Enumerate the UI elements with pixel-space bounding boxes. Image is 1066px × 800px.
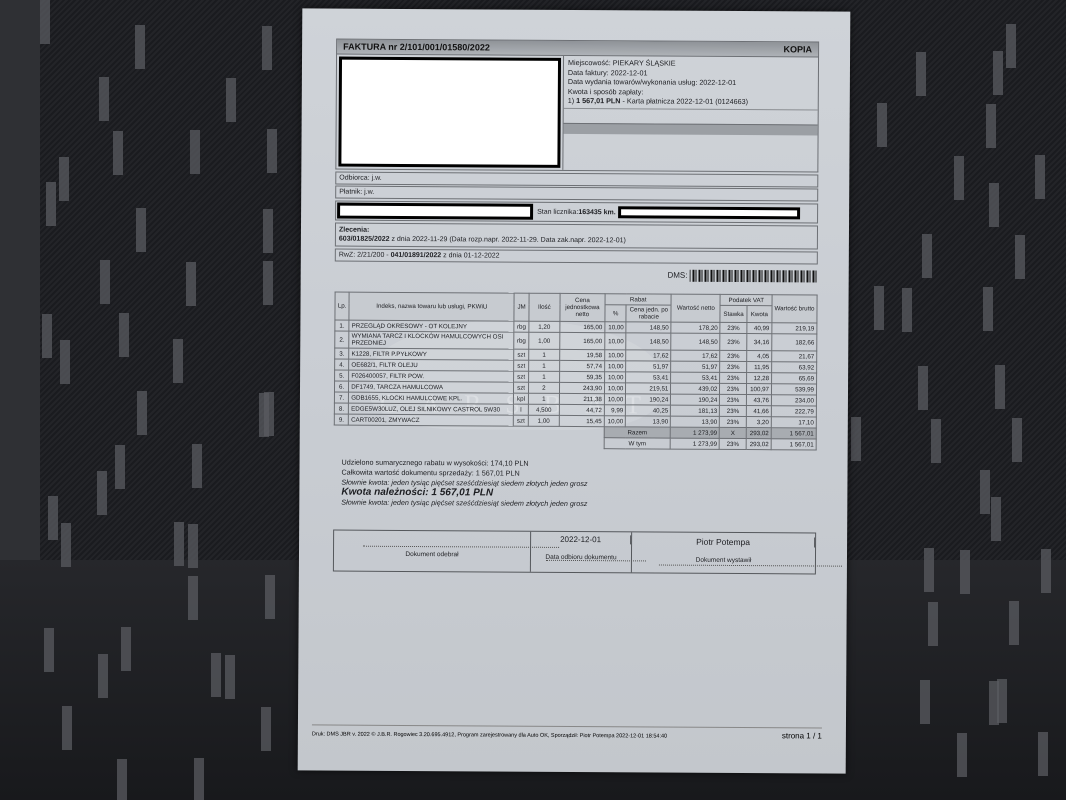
payment-line: 1) 1 567,01 PLN - Karta płatnicza 2022-1… [568,96,814,107]
odometer-label: Stan licznika: [537,208,578,215]
dms-code: DMS: [335,268,818,283]
received-by-cell: Dokument odebrał [334,531,531,572]
barcode-icon [690,270,818,283]
rwz-line: RwZ: 2/21/200 - 041/01891/2022 z dnia 01… [335,249,818,265]
signature-block: Dokument odebrał 2022-12-01 Data odbioru… [333,530,816,575]
issued-by-cell: Piotr Potempa Dokument wystawił [632,532,815,573]
items-table: Lp. Indeks, nazwa towaru lub usługi, PKW… [334,292,818,451]
receipt-date-cell: 2022-12-01 Data odbioru dokumentu [531,532,632,573]
amount-due-in-words: Słownie kwota: jeden tysiąc pięćset sześ… [341,498,816,511]
odometer-value: 163435 km. [578,209,615,216]
invoice-title: FAKTURA nr 2/101/001/01580/2022 [343,42,490,53]
vehicle-line: Stan licznika: 163435 km. [335,201,818,224]
print-info: Druk: DMS JBR v. 2022 © J.B.R. Rogowiec … [312,731,667,739]
invoice-document: FAKTURA nr 2/101/001/01580/2022 KOPIA Mi… [333,39,819,575]
copy-label: KOPIA [784,44,813,54]
redacted-vin [618,206,800,219]
payer: Płatnik: j.w. [335,186,818,202]
redacted-vehicle [337,203,533,220]
redacted-seller [338,57,561,168]
invoice-paper: CARSBAT FAKTURA nr 2/101/001/01580/2022 … [298,8,851,773]
page-number: strona 1 / 1 [782,731,822,740]
footer: Druk: DMS JBR v. 2022 © J.B.R. Rogowiec … [312,724,822,740]
orders: Zlecenia: 603/01825/2022 z dnia 2022-11-… [335,223,818,250]
summary: Udzielono sumarycznego rabatu w wysokośc… [333,458,816,511]
invoice-meta: Miejscowość: PIEKARY ŚLĄSKIE Data faktur… [564,56,818,109]
